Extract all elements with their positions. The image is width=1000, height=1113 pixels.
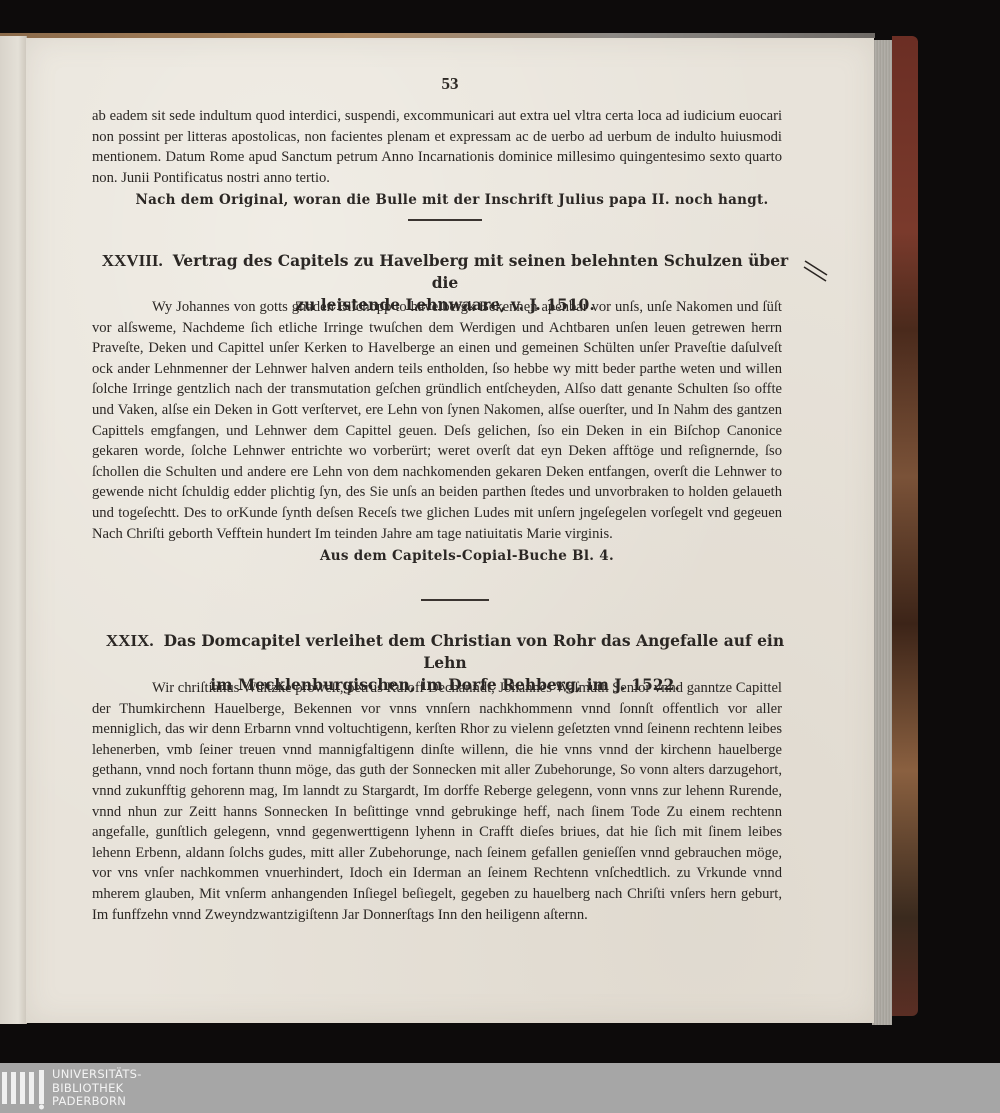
section-title-line1: Das Domcapitel verleihet dem Christian v… xyxy=(164,631,785,672)
section-number: XXIX. xyxy=(106,631,154,650)
logo-line1: UNIVERSITÄTS- xyxy=(52,1068,142,1082)
section-body-xxix: Wir chriſtianus Wultzke proweſt, petrus … xyxy=(92,678,782,925)
library-logo-text: UNIVERSITÄTS- BIBLIOTHEK PADERBORN xyxy=(52,1068,142,1109)
section-body-paragraph: Wy Johannes von gotts gnaden Biſchopp to… xyxy=(92,297,782,544)
page-number: 53 xyxy=(26,74,874,94)
page-block-edges xyxy=(872,40,892,1025)
continuation-source: Nach dem Original, woran die Bulle mit d… xyxy=(92,190,782,211)
library-logo-icon xyxy=(2,1068,46,1110)
continuation-paragraph: ab eadem sit sede indultum quod interdic… xyxy=(92,106,782,188)
section-title-line1: Vertrag des Capitels zu Havelberg mit se… xyxy=(173,251,789,292)
continuation-text: ab eadem sit sede indultum quod interdic… xyxy=(92,106,782,211)
section-number: XXVIII. xyxy=(102,251,163,270)
section-body-paragraph: Wir chriſtianus Wultzke proweſt, petrus … xyxy=(92,678,782,925)
margin-annotation-mark xyxy=(802,255,832,285)
facing-page-edge xyxy=(0,36,27,1024)
section-divider xyxy=(421,599,489,601)
section-divider xyxy=(408,219,482,221)
logo-line2: BIBLIOTHEK xyxy=(52,1082,142,1096)
section-body-xxviii: Wy Johannes von gotts gnaden Biſchopp to… xyxy=(92,297,782,567)
book-cover-marbled xyxy=(892,36,918,1016)
logo-line3: PADERBORN xyxy=(52,1095,142,1109)
library-footer-bar: UNIVERSITÄTS- BIBLIOTHEK PADERBORN xyxy=(0,1063,1000,1113)
section-source: Aus dem Capitels-Copial-Buche Bl. 4. xyxy=(92,546,782,567)
